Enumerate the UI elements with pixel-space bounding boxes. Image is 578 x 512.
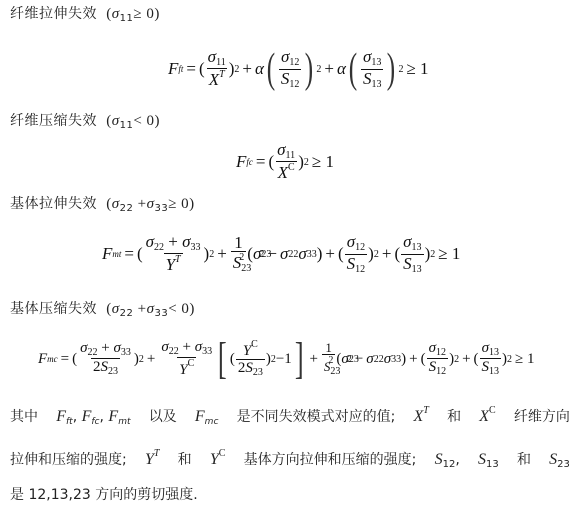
geq-one: ≥ 1 — [512, 351, 537, 368]
sigma-symbol: σ — [182, 232, 190, 251]
sigma-symbol: σ — [80, 340, 87, 356]
fraction: 1 S232 — [231, 234, 247, 275]
section-heading-matrix-compression: 基体压缩失效 (σ22 +σ33< 0) — [10, 298, 195, 319]
numerator: 1 — [323, 341, 334, 355]
minus-sign: − — [264, 244, 280, 264]
alpha-symbol: α — [337, 59, 346, 79]
paren: ( — [230, 351, 235, 368]
paren: ( — [338, 244, 344, 264]
subscript: 11 — [286, 150, 296, 161]
section-heading-fiber-compression: 纤维压缩失效 (σ11< 0) — [10, 110, 160, 131]
sigma-symbol: σ — [280, 244, 288, 264]
paren: ( — [137, 244, 143, 264]
formula-matrix-compression: Fmc = ( σ22 + σ33 2S23 )2 + σ22 + σ33 YC… — [38, 336, 538, 382]
superscript: T — [154, 448, 160, 459]
sigma-symbol: σ — [403, 232, 411, 251]
subscript: 11 — [120, 13, 134, 24]
superscript: T — [175, 254, 181, 265]
geq-one: ≥ 1 — [435, 244, 463, 264]
alpha-symbol: α — [255, 59, 264, 79]
F-symbol: F — [195, 408, 205, 425]
sigma-symbol: σ — [112, 301, 120, 317]
big-paren: ) — [387, 48, 395, 90]
subscript: 33 — [154, 203, 168, 214]
subscript: 22 — [120, 203, 134, 214]
subscript: mt — [118, 417, 130, 427]
subscript: 23 — [108, 366, 118, 377]
subscript: 33 — [202, 346, 212, 357]
subscript: 22 — [288, 249, 298, 260]
plus-sign: + — [183, 339, 191, 355]
paren: ( — [394, 244, 400, 264]
condition-relation: ≥ 0) — [168, 196, 194, 212]
fraction: σ12 S12 — [345, 233, 368, 275]
superscript: C — [251, 339, 258, 350]
subscript: 33 — [391, 354, 401, 365]
fraction: σ22 + σ33 2S23 — [78, 341, 133, 378]
S-symbol: S — [403, 254, 412, 273]
text: 拉伸和压缩的强度; — [10, 450, 127, 470]
sigma-symbol: σ — [112, 6, 120, 22]
subscript: 22 — [154, 242, 164, 253]
condition-relation: < 0) — [168, 301, 195, 317]
equals-sign: = — [58, 351, 72, 368]
subscript: 11 — [120, 120, 134, 131]
heading-text: 基体压缩失效 — [10, 301, 97, 317]
heading-text: 基体拉伸失效 — [10, 196, 97, 212]
fraction: σ13 S13 — [401, 233, 424, 275]
plus-sign: + — [168, 232, 178, 251]
S-symbol: S — [549, 451, 557, 468]
explanation-line-3: 是 12,13,23 方向的剪切强度. — [10, 485, 198, 505]
fraction: σ12 S12 — [427, 341, 449, 378]
subscript: 12 — [355, 264, 365, 275]
subscript: mc — [205, 417, 219, 427]
section-heading-fiber-tension: 纤维拉伸失效 (σ11≥ 0) — [10, 3, 160, 24]
superscript: 2 — [328, 355, 333, 366]
text: 是 12,13,23 方向的剪切强度. — [10, 487, 198, 503]
S-symbol: S — [482, 359, 490, 375]
Y-symbol: Y — [243, 343, 251, 359]
plus-sign: + — [101, 340, 109, 356]
equals-sign: = — [183, 59, 199, 79]
S-symbol: S — [347, 254, 356, 273]
explanation-line-1: 其中 Fft, Ffc, Fmt 以及 Fmc 是不同失效模式对应的值; XT … — [10, 401, 570, 432]
equals-sign: = — [121, 244, 137, 264]
subscript: 12 — [355, 242, 365, 253]
subscript: 13 — [412, 264, 422, 275]
big-paren: ) — [305, 48, 313, 90]
superscript: T — [423, 405, 429, 416]
heading-text: 纤维拉伸失效 — [10, 6, 97, 22]
sigma-symbol: σ — [114, 340, 121, 356]
plus-sign: + — [321, 59, 337, 79]
formula-matrix-tension: Fmt = ( σ22 + σ33 YT )2 + 1 S232 (σ232 −… — [102, 230, 463, 278]
minus-one: −1 — [276, 351, 292, 368]
subscript: 22 — [374, 354, 384, 365]
subscript: 13 — [489, 347, 499, 358]
plus-sign: + — [322, 244, 338, 264]
superscript: C — [288, 162, 295, 173]
subscript: mt — [112, 249, 121, 259]
Y-symbol: Y — [210, 451, 219, 468]
X-symbol: X — [414, 408, 424, 425]
subscript: 22 — [88, 347, 98, 358]
text: 是不同失效模式对应的值; — [237, 407, 396, 427]
sigma-symbol: σ — [366, 351, 373, 368]
F-symbol: F — [102, 244, 112, 264]
subscript: 23 — [330, 366, 340, 377]
F-symbol: F — [56, 408, 66, 425]
paren: ( — [474, 351, 479, 368]
F-symbol: F — [236, 152, 246, 172]
subscript: 22 — [169, 346, 179, 357]
paren: ( — [268, 152, 274, 172]
plus-sign: + — [214, 244, 230, 264]
paren: ( — [421, 351, 426, 368]
subscript: 23 — [253, 367, 263, 378]
fraction: σ12 S12 — [279, 48, 302, 90]
subscript: 12 — [289, 79, 299, 90]
sigma-symbol: σ — [384, 351, 391, 368]
plus-sign: + — [144, 351, 158, 368]
subscript: 13 — [412, 242, 422, 253]
plus-sign: + — [306, 351, 320, 368]
subscript: 13 — [489, 366, 499, 377]
subscript: 12 — [436, 366, 446, 377]
plus-sign: + — [459, 351, 473, 368]
fraction: σ11 XT — [206, 48, 228, 90]
big-bracket: ] — [295, 337, 304, 381]
superscript: T — [219, 69, 225, 80]
equals-sign: = — [253, 152, 269, 172]
subscript: 33 — [121, 347, 131, 358]
X-symbol: X — [479, 408, 489, 425]
text: 纤维方向 — [514, 407, 570, 427]
geq-one: ≥ 1 — [403, 59, 431, 79]
superscript: C — [219, 448, 226, 459]
sigma-symbol: σ — [347, 232, 355, 251]
F-symbol: F — [38, 351, 47, 368]
subscript: 12 — [436, 347, 446, 358]
section-heading-matrix-tension: 基体拉伸失效 (σ22 +σ33≥ 0) — [10, 193, 195, 214]
two: 2 — [93, 359, 101, 375]
big-paren: ( — [267, 48, 275, 90]
subscript: 23 — [241, 263, 251, 274]
S-symbol: S — [245, 360, 253, 376]
S-symbol: S — [478, 451, 486, 468]
formula-fiber-compression: Ffc = ( σ11 XC )2 ≥ 1 — [236, 142, 337, 182]
Y-symbol: Y — [145, 451, 154, 468]
fraction: σ22 + σ33 YT — [144, 233, 203, 275]
F-symbol: F — [108, 408, 118, 425]
subscript: 12 — [443, 459, 456, 470]
plus-sign: + — [406, 351, 420, 368]
separator: , — [73, 409, 77, 425]
plus-sign: + — [138, 196, 147, 212]
text: 其中 — [10, 407, 38, 427]
geq-one: ≥ 1 — [309, 152, 337, 172]
separator: , — [100, 409, 104, 425]
subscript: 33 — [154, 308, 168, 319]
subscript: 33 — [307, 249, 317, 260]
sigma-symbol: σ — [482, 340, 489, 356]
text: 基体方向拉伸和压缩的强度; — [244, 450, 417, 470]
sigma-symbol: σ — [298, 244, 306, 264]
text: 以及 — [149, 407, 177, 427]
numerator: 1 — [232, 234, 245, 252]
subscript: 12 — [289, 57, 299, 68]
subscript: 22 — [120, 308, 134, 319]
subscript: 13 — [486, 459, 499, 470]
paren: ( — [72, 351, 77, 368]
fraction: 1 S232 — [322, 341, 336, 378]
explanation-line-2: 拉伸和压缩的强度; YT 和 YC 基体方向拉伸和压缩的强度; S12, S13… — [10, 444, 570, 475]
fraction: σ13 S13 — [361, 48, 384, 90]
F-symbol: F — [168, 59, 178, 79]
fraction: σ13 S13 — [480, 341, 502, 378]
Y-symbol: Y — [166, 255, 175, 274]
S-symbol: S — [101, 359, 109, 375]
paren: ( — [199, 59, 205, 79]
minus-sign: − — [352, 351, 366, 368]
text: 和 — [447, 407, 461, 427]
heading-text: 纤维压缩失效 — [10, 113, 97, 129]
subscript: 13 — [371, 79, 381, 90]
fraction: σ11 XC — [275, 141, 297, 183]
sigma-symbol: σ — [112, 196, 120, 212]
plus-sign: + — [239, 59, 255, 79]
sigma-symbol: σ — [208, 47, 216, 66]
subscript: 33 — [191, 242, 201, 253]
formula-fiber-tension: Fft = ( σ11 XT )2 + α ( σ12 S12 )2 + α (… — [168, 38, 432, 100]
X-symbol: X — [278, 163, 288, 182]
fraction: σ22 + σ33 YC — [159, 340, 214, 379]
condition-relation: ≥ 0) — [133, 6, 159, 22]
subscript: mc — [47, 354, 58, 364]
S-symbol: S — [435, 451, 443, 468]
plus-sign: + — [379, 244, 395, 264]
S-symbol: S — [429, 359, 437, 375]
F-symbol: F — [82, 408, 92, 425]
plus-sign: + — [138, 301, 147, 317]
text: 和 — [517, 450, 531, 470]
big-bracket: [ — [218, 337, 227, 381]
subscript: ft — [66, 417, 73, 427]
sigma-symbol: σ — [112, 113, 120, 129]
sigma-symbol: σ — [146, 232, 154, 251]
subscript: 23 — [557, 459, 570, 470]
sigma-symbol: σ — [277, 140, 285, 159]
separator: , — [455, 452, 459, 468]
condition-relation: < 0) — [133, 113, 160, 129]
text: 和 — [178, 450, 192, 470]
X-symbol: X — [209, 70, 219, 89]
superscript: C — [489, 405, 496, 416]
subscript: 13 — [371, 57, 381, 68]
subscript: 11 — [216, 57, 226, 68]
Y-symbol: Y — [179, 362, 187, 378]
big-paren: ( — [349, 48, 357, 90]
fraction: YC 2S23 — [236, 340, 265, 379]
sigma-symbol: σ — [429, 340, 436, 356]
superscript: 2 — [239, 252, 244, 263]
superscript: C — [188, 358, 195, 369]
sigma-symbol: σ — [161, 339, 168, 355]
subscript: fc — [91, 417, 99, 427]
